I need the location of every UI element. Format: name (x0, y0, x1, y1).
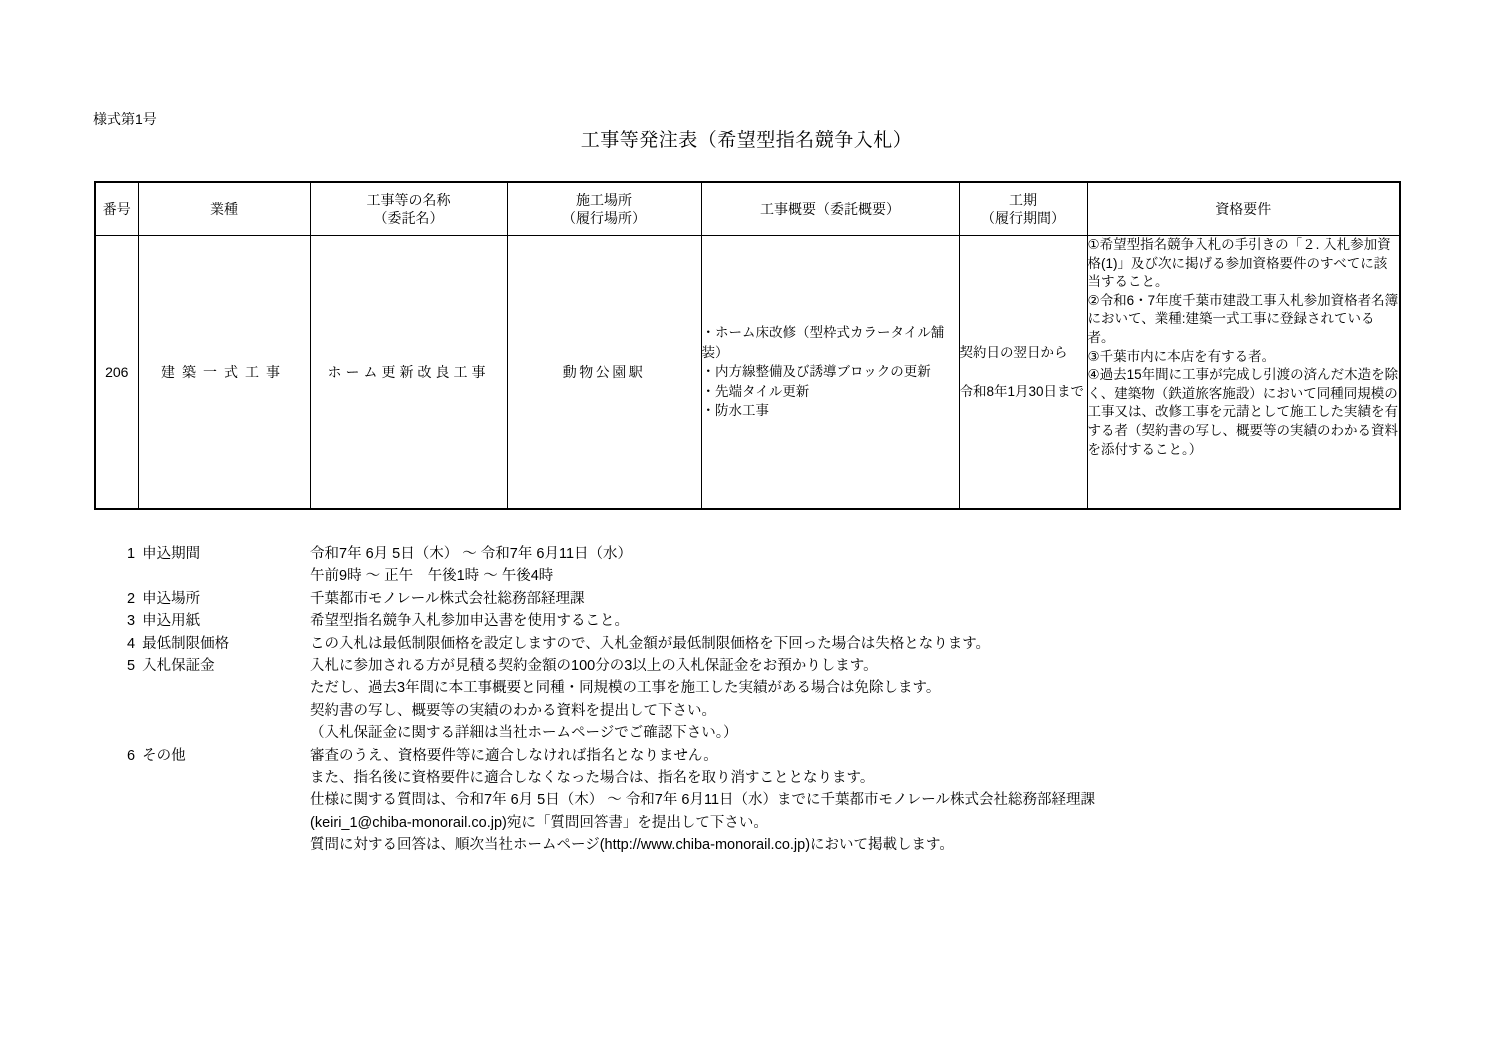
order-table: 番号 業種 工事等の名称 （委託名） 施工場所 （履行場所） 工事概要（委託概要… (94, 181, 1401, 510)
note-line: 質問に対する回答は、順次当社ホームページ(http://www.chiba-mo… (310, 834, 1494, 856)
summary-item: ・内方線整備及び誘導ブロックの更新 (702, 362, 959, 382)
qualification-item: ①希望型指名競争入札の手引きの「２. 入札参加資格(1)」及び次に掲げる参加資格… (1088, 236, 1400, 292)
note-item-bid-deposit: 5 入札保証金 入札に参加される方が見積る契約金額の100分の3以上の入札保証金… (94, 655, 1494, 745)
note-gutter: 3 申込用紙 (94, 610, 310, 632)
note-gutter: 4 最低制限価格 (94, 633, 310, 655)
column-header-qualifications: 資格要件 (1087, 182, 1400, 236)
column-header-summary: 工事概要（委託概要） (701, 182, 959, 236)
note-number: 4 (127, 633, 135, 655)
note-line: (keiri_1@chiba-monorail.co.jp)宛に「質問回答書」を… (310, 812, 1494, 834)
summary-item: ・ホーム床改修（型枠式カラータイル舗装） (702, 323, 959, 362)
note-line: また、指名後に資格要件に適合しなくなった場合は、指名を取り消すこととなります。 (310, 767, 1494, 789)
cell-industry-type: 建築一式工事 (138, 236, 310, 510)
note-line: ただし、過去3年間に本工事概要と同種・同規模の工事を施工した実績がある場合は免除… (310, 677, 1494, 699)
note-line: 希望型指名競争入札参加申込書を使用すること。 (310, 610, 1494, 632)
note-content: この入札は最低制限価格を設定しますので、入札金額が最低制限価格を下回った場合は失… (310, 633, 1494, 655)
period-gap (960, 362, 1087, 382)
note-number: 6 (127, 745, 135, 767)
note-label: 申込期間 (142, 543, 200, 565)
note-label: 入札保証金 (142, 655, 215, 677)
note-line: （入札保証金に関する詳細は当社ホームページでご確認下さい。） (310, 722, 1494, 744)
cell-work-name: ホーム更新改良工事 (310, 236, 507, 510)
note-item-application-period: 1 申込期間 令和7年 6月 5日（木） ～ 令和7年 6月11日（水） 午前9… (94, 543, 1494, 588)
note-line: 入札に参加される方が見積る契約金額の100分の3以上の入札保証金をお預かりします… (310, 655, 1494, 677)
column-header-location-label: 施工場所 （履行場所） (508, 191, 701, 227)
table-header-row: 番号 業種 工事等の名称 （委託名） 施工場所 （履行場所） 工事概要（委託概要… (95, 182, 1400, 236)
period-end: 令和8年1月30日まで (960, 382, 1087, 402)
qualification-item: ④過去15年間に工事が完成し引渡の済んだ木造を除く、建築物（鉄道旅客施設）におい… (1088, 366, 1400, 459)
note-label: 最低制限価格 (142, 633, 229, 655)
note-item-application-place: 2 申込場所 千葉都市モノレール株式会社総務部経理課 (94, 588, 1494, 610)
table-row: 206 建築一式工事 ホーム更新改良工事 動物公園駅 ・ホーム床改修（型枠式カラ… (95, 236, 1400, 510)
form-number-label: 様式第1号 (93, 110, 157, 128)
note-item-application-form: 3 申込用紙 希望型指名競争入札参加申込書を使用すること。 (94, 610, 1494, 632)
column-header-summary-label: 工事概要（委託概要） (702, 200, 959, 218)
cell-qualification-requirements: ①希望型指名競争入札の手引きの「２. 入札参加資格(1)」及び次に掲げる参加資格… (1087, 236, 1400, 510)
column-header-period-label: 工期 （履行期間） (960, 191, 1087, 227)
note-line: 契約書の写し、概要等の実績のわかる資料を提出して下さい。 (310, 700, 1494, 722)
note-line: 午前9時 ～ 正午 午後1時 ～ 午後4時 (310, 565, 1494, 587)
note-gutter: 2 申込場所 (94, 588, 310, 610)
summary-item: ・防水工事 (702, 401, 959, 421)
note-number: 5 (127, 655, 135, 677)
document-page: 様式第1号 工事等発注表（希望型指名競争入札） 番号 業種 工事等の名称 （委託… (0, 0, 1496, 1058)
note-item-other: 6 その他 審査のうえ、資格要件等に適合しなければ指名となりません。 また、指名… (94, 745, 1494, 857)
column-header-qualifications-label: 資格要件 (1088, 200, 1400, 218)
column-header-work-name: 工事等の名称 （委託名） (310, 182, 507, 236)
note-content: 入札に参加される方が見積る契約金額の100分の3以上の入札保証金をお預かりします… (310, 655, 1494, 745)
note-label: その他 (142, 745, 186, 767)
cell-row-number: 206 (95, 236, 138, 510)
note-number: 1 (127, 543, 135, 565)
cell-work-period: 契約日の翌日から 令和8年1月30日まで (959, 236, 1087, 510)
note-line: 仕様に関する質問は、令和7年 6月 5日（木） ～ 令和7年 6月11日（水）ま… (310, 789, 1494, 811)
note-label: 申込用紙 (142, 610, 200, 632)
column-header-work-name-label: 工事等の名称 （委託名） (311, 191, 507, 227)
note-line: 令和7年 6月 5日（木） ～ 令和7年 6月11日（水） (310, 543, 1494, 565)
period-start: 契約日の翌日から (960, 343, 1087, 363)
note-content: 審査のうえ、資格要件等に適合しなければ指名となりません。 また、指名後に資格要件… (310, 745, 1494, 857)
note-item-minimum-price: 4 最低制限価格 この入札は最低制限価格を設定しますので、入札金額が最低制限価格… (94, 633, 1494, 655)
note-line: 審査のうえ、資格要件等に適合しなければ指名となりません。 (310, 745, 1494, 767)
note-number: 3 (127, 610, 135, 632)
qualification-item: ③千葉市内に本店を有する者。 (1088, 348, 1400, 367)
column-header-location: 施工場所 （履行場所） (507, 182, 701, 236)
cell-work-summary: ・ホーム床改修（型枠式カラータイル舗装） ・内方線整備及び誘導ブロックの更新 ・… (701, 236, 959, 510)
note-content: 令和7年 6月 5日（木） ～ 令和7年 6月11日（水） 午前9時 ～ 正午 … (310, 543, 1494, 588)
cell-work-location: 動物公園駅 (507, 236, 701, 510)
note-content: 千葉都市モノレール株式会社総務部経理課 (310, 588, 1494, 610)
column-header-industry-label: 業種 (139, 200, 310, 218)
note-gutter: 6 その他 (94, 745, 310, 767)
note-content: 希望型指名競争入札参加申込書を使用すること。 (310, 610, 1494, 632)
column-header-industry: 業種 (138, 182, 310, 236)
note-gutter: 1 申込期間 (94, 543, 310, 565)
note-line: この入札は最低制限価格を設定しますので、入札金額が最低制限価格を下回った場合は失… (310, 633, 1494, 655)
summary-item: ・先端タイル更新 (702, 382, 959, 402)
column-header-period: 工期 （履行期間） (959, 182, 1087, 236)
page-title: 工事等発注表（希望型指名競争入札） (94, 129, 1399, 153)
column-header-number-label: 番号 (96, 200, 138, 218)
note-line: 千葉都市モノレール株式会社総務部経理課 (310, 588, 1494, 610)
note-gutter: 5 入札保証金 (94, 655, 310, 677)
column-header-number: 番号 (95, 182, 138, 236)
note-number: 2 (127, 588, 135, 610)
notes-section: 1 申込期間 令和7年 6月 5日（木） ～ 令和7年 6月11日（水） 午前9… (94, 543, 1494, 857)
qualification-item: ②令和6・7年度千葉市建設工事入札参加資格者名簿において、業種:建築一式工事に登… (1088, 292, 1400, 348)
note-label: 申込場所 (142, 588, 200, 610)
